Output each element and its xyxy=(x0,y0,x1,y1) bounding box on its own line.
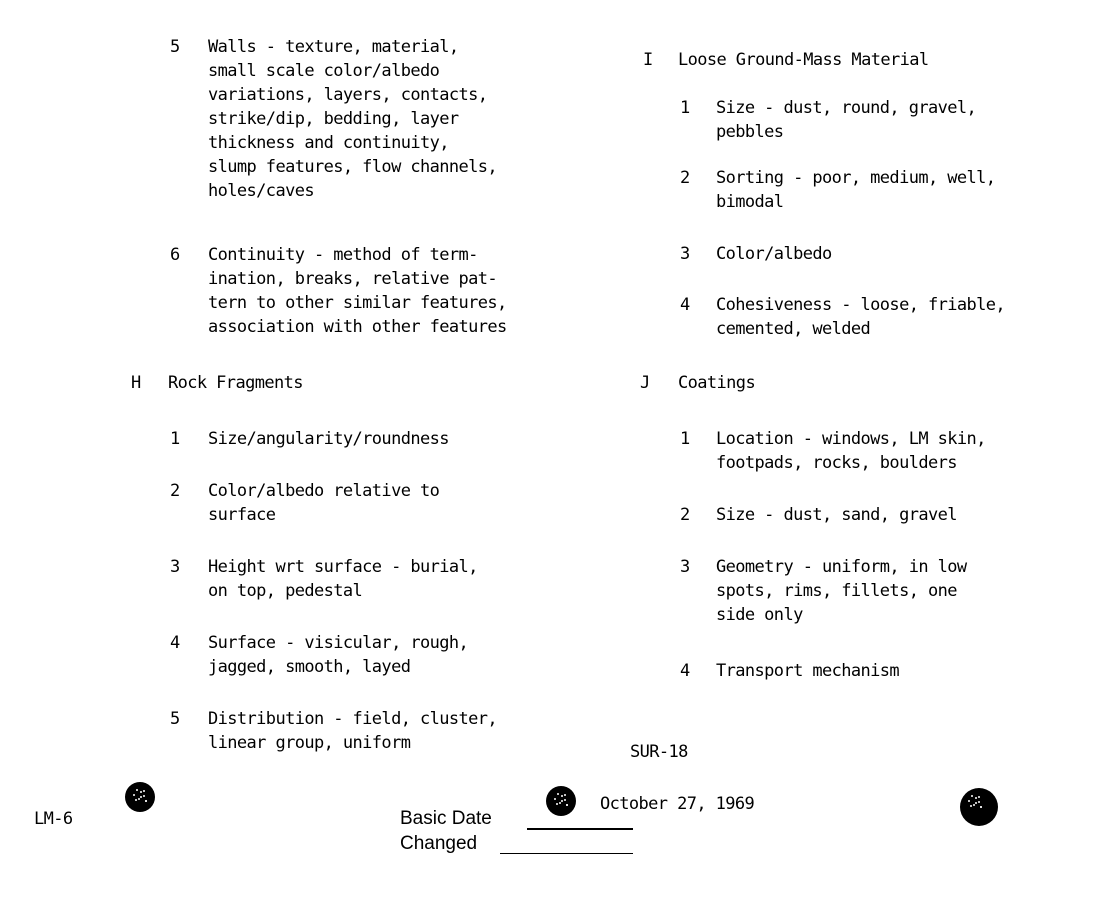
item-text-line: strike/dip, bedding, layer xyxy=(208,107,459,131)
item-text-line: Transport mechanism xyxy=(716,659,899,683)
item-text-line: footpads, rocks, boulders xyxy=(716,451,957,475)
item-text-line: Color/albedo xyxy=(716,242,832,266)
item-number: 4 xyxy=(170,631,180,655)
section-letter: I xyxy=(643,48,653,72)
doc-id: LM-6 xyxy=(34,808,73,830)
item-text-line: Color/albedo relative to xyxy=(208,479,439,503)
basic-date-underline xyxy=(527,828,633,830)
seal-right-icon xyxy=(960,788,998,826)
item-text-line: Surface - visicular, rough, xyxy=(208,631,468,655)
changed-label: Changed xyxy=(400,833,477,855)
item-text-line: bimodal xyxy=(716,190,783,214)
basic-date-value: October 27, 1969 xyxy=(600,793,754,815)
item-number: 6 xyxy=(170,243,180,267)
item-text-line: Height wrt surface - burial, xyxy=(208,555,478,579)
item-text-line: Cohesiveness - loose, friable, xyxy=(716,293,1005,317)
item-text-line: ination, breaks, relative pat- xyxy=(208,267,497,291)
item-number: 3 xyxy=(680,555,690,579)
item-number: 3 xyxy=(170,555,180,579)
seal-center-icon xyxy=(546,786,576,816)
item-text-line: Size/angularity/roundness xyxy=(208,427,449,451)
seal-left-icon xyxy=(125,782,155,812)
item-number: 2 xyxy=(680,166,690,190)
item-number: 2 xyxy=(680,503,690,527)
item-number: 2 xyxy=(170,479,180,503)
item-number: 5 xyxy=(170,707,180,731)
item-number: 4 xyxy=(680,293,690,317)
item-text-line: Walls - texture, material, xyxy=(208,35,459,59)
item-text-line: variations, layers, contacts, xyxy=(208,83,487,107)
item-text-line: on top, pedestal xyxy=(208,579,362,603)
section-title: Coatings xyxy=(678,371,755,395)
item-text-line: Continuity - method of term- xyxy=(208,243,478,267)
item-number: 1 xyxy=(680,96,690,120)
item-text-line: association with other features xyxy=(208,315,507,339)
item-text-line: Size - dust, sand, gravel xyxy=(716,503,957,527)
page-id: SUR-18 xyxy=(630,741,688,763)
item-text-line: linear group, uniform xyxy=(208,731,410,755)
item-text-line: small scale color/albedo xyxy=(208,59,439,83)
item-text-line: side only xyxy=(716,603,803,627)
item-text-line: holes/caves xyxy=(208,179,314,203)
item-number: 3 xyxy=(680,242,690,266)
changed-underline xyxy=(500,853,633,854)
item-text-line: spots, rims, fillets, one xyxy=(716,579,957,603)
basic-date-label: Basic Date xyxy=(400,808,492,830)
item-text-line: pebbles xyxy=(716,120,783,144)
document-page: 5 Walls - texture, material, small scale… xyxy=(0,0,1119,905)
item-text-line: Geometry - uniform, in low xyxy=(716,555,967,579)
section-title: Rock Fragments xyxy=(168,371,303,395)
item-text-line: slump features, flow channels, xyxy=(208,155,497,179)
item-text-line: jagged, smooth, layed xyxy=(208,655,410,679)
item-text-line: Sorting - poor, medium, well, xyxy=(716,166,995,190)
item-text-line: cemented, welded xyxy=(716,317,870,341)
section-letter: J xyxy=(640,371,650,395)
section-letter: H xyxy=(131,371,141,395)
item-number: 5 xyxy=(170,35,180,59)
item-text-line: surface xyxy=(208,503,275,527)
item-text-line: Distribution - field, cluster, xyxy=(208,707,497,731)
section-title: Loose Ground-Mass Material xyxy=(678,48,929,72)
item-text-line: tern to other similar features, xyxy=(208,291,507,315)
list-item-transport: 4 Transport mechanism xyxy=(0,659,58,755)
item-number: 4 xyxy=(680,659,690,683)
item-text-line: Location - windows, LM skin, xyxy=(716,427,986,451)
item-number: 1 xyxy=(170,427,180,451)
item-text-line: Size - dust, round, gravel, xyxy=(716,96,976,120)
item-number: 1 xyxy=(680,427,690,451)
item-text-line: thickness and continuity, xyxy=(208,131,449,155)
